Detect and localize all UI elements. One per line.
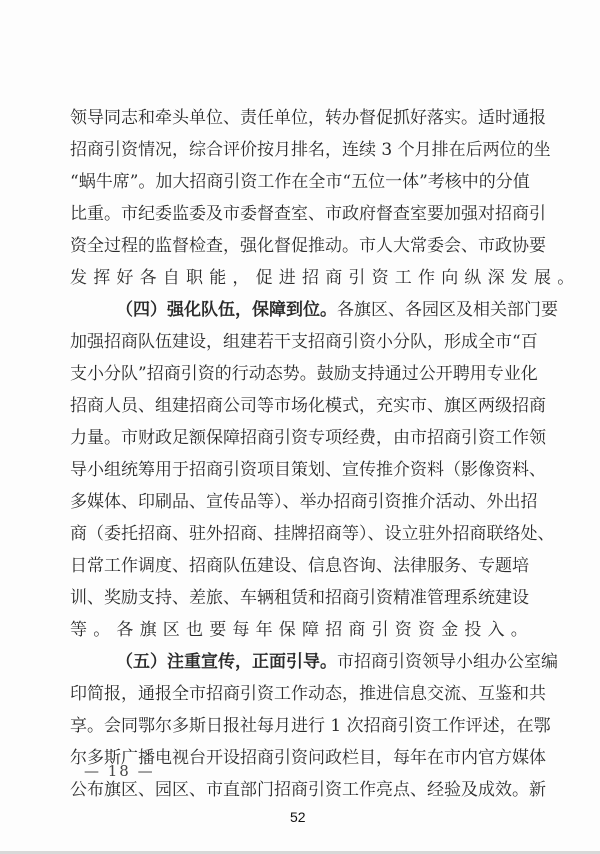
text-line: 加强招商队伍建设，组建若干支招商引资小分队，形成全市“百: [70, 326, 516, 358]
text-line: 享。会同鄂尔多斯日报社每月进行 1 次招商引资工作评述，在鄂: [70, 710, 516, 742]
line-text: 导小组统筹用于招商引资项目策划、宣传推介资料（影像资料、: [70, 460, 546, 480]
line-text: 等。各旗区也要每年保障招商引资资金投入。: [70, 620, 534, 640]
text-line: 印简报，通报全市招商引资工作动态，推进信息交流、互鉴和共: [70, 678, 516, 710]
line-text: 发挥好各自职能，促进招商引资工作向纵深发展。: [70, 268, 580, 288]
text-line: 等。各旗区也要每年保障招商引资资金投入。: [70, 614, 516, 646]
line-text: 多媒体、印刷品、宣传品等）、举办招商引资推介活动、外出招: [70, 492, 538, 512]
line-text: 力量。市财政足额保障招商引资专项经费，由市招商引资工作领: [70, 428, 546, 448]
line-text: 商（委托招商、驻外招商、挂牌招商等）、设立驻外招商联络处、: [70, 524, 555, 544]
line-text: 资全过程的监督检查，强化督促推动。市人大常委会、市政协要: [70, 236, 546, 256]
line-text: 领导同志和牵头单位、责任单位，转办督促抓好落实。适时通报: [70, 108, 546, 128]
section-heading-line: （四）强化队伍，保障到位。各旗区、各园区及相关部门要: [70, 294, 516, 326]
sheet-number: 52: [290, 809, 306, 825]
text-line: 支小分队”招商引资的行动态势。鼓励支持通过公开聘用专业化: [70, 358, 516, 390]
line-text: 各旗区、各园区及相关部门要: [337, 300, 558, 320]
text-line: 导小组统筹用于招商引资项目策划、宣传推介资料（影像资料、: [70, 454, 516, 486]
text-line: 力量。市财政足额保障招商引资专项经费，由市招商引资工作领: [70, 422, 516, 454]
text-line: 商（委托招商、驻外招商、挂牌招商等）、设立驻外招商联络处、: [70, 518, 516, 550]
line-text: 日常工作调度、招商队伍建设、信息咨询、法律服务、专题培: [70, 556, 529, 576]
section-heading-line: （五）注重宣传，正面引导。市招商引资领导小组办公室编: [70, 646, 516, 678]
text-line: 训、奖励支持、差旅、车辆租赁和招商引资精准管理系统建设: [70, 582, 516, 614]
section-heading: （五）注重宣传，正面引导。: [116, 652, 337, 672]
line-text: 训、奖励支持、差旅、车辆租赁和招商引资精准管理系统建设: [70, 588, 529, 608]
text-line: 招商人员、组建招商公司等市场化模式，充实市、旗区两级招商: [70, 390, 516, 422]
line-text: 招商人员、组建招商公司等市场化模式，充实市、旗区两级招商: [70, 396, 546, 416]
line-text: 印简报，通报全市招商引资工作动态，推进信息交流、互鉴和共: [70, 684, 546, 704]
line-text: 加强招商队伍建设，组建若干支招商引资小分队，形成全市“百: [70, 332, 538, 352]
text-line: 日常工作调度、招商队伍建设、信息咨询、法律服务、专题培: [70, 550, 516, 582]
line-text: “蜗牛席”。加大招商引资工作在全市“五位一体”考核中的分值: [70, 172, 530, 192]
document-page: 领导同志和牵头单位、责任单位，转办督促抓好落实。适时通报招商引资情况，综合评价按…: [0, 0, 600, 854]
section-heading: （四）强化队伍，保障到位。: [116, 300, 337, 320]
page-number-footer: — 18 —: [84, 762, 155, 780]
line-text: 市招商引资领导小组办公室编: [337, 652, 558, 672]
line-text: 享。会同鄂尔多斯日报社每月进行 1 次招商引资工作评述，在鄂: [70, 716, 551, 736]
text-line: 资全过程的监督检查，强化督促推动。市人大常委会、市政协要: [70, 230, 516, 262]
text-line: “蜗牛席”。加大招商引资工作在全市“五位一体”考核中的分值: [70, 166, 516, 198]
line-text: 比重。市纪委监委及市委督查室、市政府督查室要加强对招商引: [70, 204, 546, 224]
line-text: 支小分队”招商引资的行动态势。鼓励支持通过公开聘用专业化: [70, 364, 538, 384]
text-line: 招商引资情况，综合评价按月排名，连续 3 个月排在后两位的坐: [70, 134, 516, 166]
line-text: 招商引资情况，综合评价按月排名，连续 3 个月排在后两位的坐: [70, 140, 551, 160]
line-text: 公布旗区、园区、市直部门招商引资工作亮点、经验及成效。新: [70, 780, 546, 800]
text-line: 多媒体、印刷品、宣传品等）、举办招商引资推介活动、外出招: [70, 486, 516, 518]
text-line: 发挥好各自职能，促进招商引资工作向纵深发展。: [70, 262, 516, 294]
text-line: 领导同志和牵头单位、责任单位，转办督促抓好落实。适时通报: [70, 102, 516, 134]
body-text: 领导同志和牵头单位、责任单位，转办督促抓好落实。适时通报招商引资情况，综合评价按…: [70, 102, 516, 806]
text-line: 比重。市纪委监委及市委督查室、市政府督查室要加强对招商引: [70, 198, 516, 230]
